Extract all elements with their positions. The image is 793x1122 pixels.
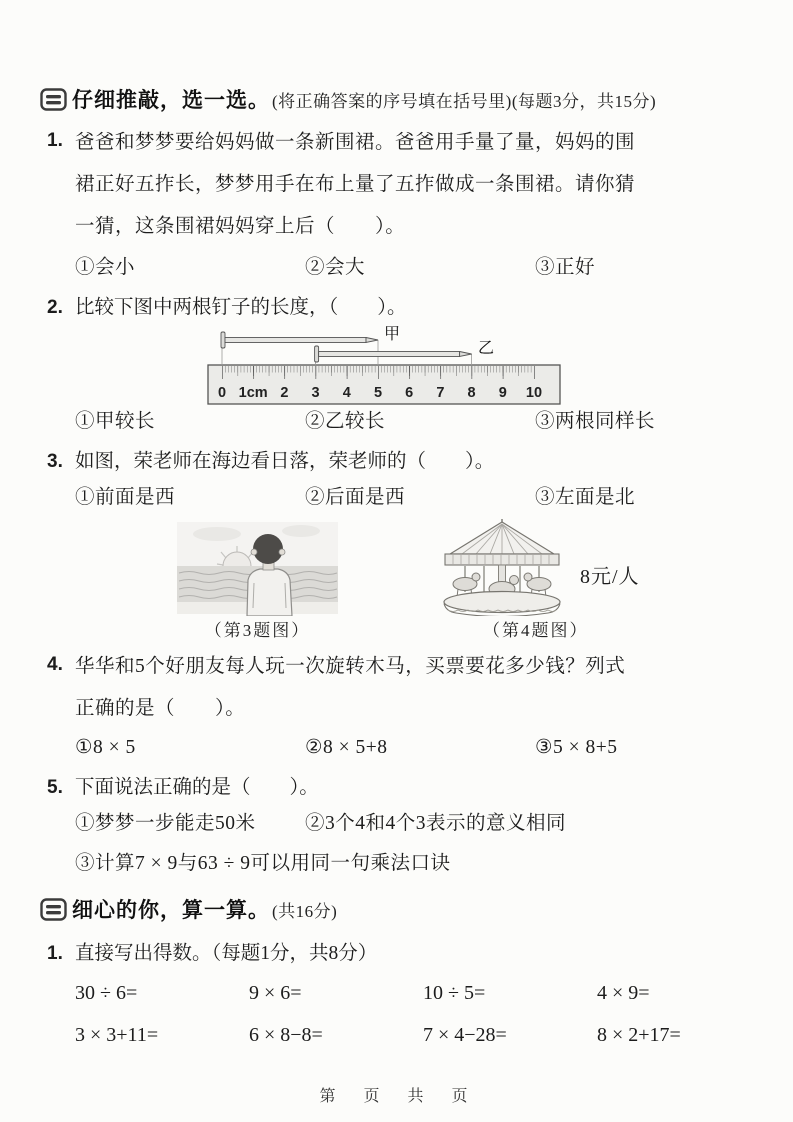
beach-sunset-illustration	[175, 518, 340, 616]
section1-note: (将正确答案的序号填在括号里)(每题3分，共15分)	[272, 87, 656, 112]
question-5-option-3: ③计算7 × 9与63 ÷ 9可以用同一句乘法口诀	[75, 848, 450, 880]
question-5: 5. 下面说法正确的是（ ）。	[40, 772, 755, 804]
question-4: 4. 华华和5个好朋友每人玩一次旋转木马，买票要花多少钱？列式 正确的是（ ）。	[40, 646, 755, 730]
question-4-options: ①8 × 5 ②8 × 5+8 ③5 × 8+5	[40, 732, 755, 764]
calc-row-2: 3 × 3+11= 6 × 8−8= 7 × 4−28= 8 × 2+17=	[40, 1018, 755, 1052]
question-1-number: 1.	[47, 130, 63, 152]
measure-guide-lines	[222, 332, 472, 365]
question-4-line1: 华华和5个好朋友每人玩一次旋转木马，买票要花多少钱？列式	[75, 646, 755, 688]
question-2-option-3: ③两根同样长	[535, 406, 655, 438]
carousel-figure-caption: （第4题图）	[483, 616, 589, 641]
calc-item-1-number: 1.	[47, 938, 63, 970]
question-3-option-1: ①前面是西	[75, 482, 305, 514]
carousel-illustration	[432, 518, 572, 616]
ruler-tick-label: 2	[280, 385, 288, 401]
worksheet-page: 仔细推敲，选一选。 (将正确答案的序号填在括号里)(每题3分，共15分) 1. …	[0, 0, 793, 1122]
question-1-line2: 裙正好五拃长，梦梦用手在布上量了五拃做成一条围裙。请你猜	[75, 164, 755, 206]
ruler-tick-label: 6	[405, 385, 413, 401]
calc-row-1: 30 ÷ 6= 9 × 6= 10 ÷ 5= 4 × 9=	[40, 976, 755, 1010]
carousel-figure: 8元/人 （第4题图）	[432, 518, 640, 641]
question-2: 2. 比较下图中两根钉子的长度，（ ）。	[40, 292, 755, 324]
carousel-price-label: 8元/人	[580, 560, 640, 589]
section2-title: 细心的你，算一算。	[72, 894, 270, 924]
carousel-roof	[450, 522, 554, 554]
question-figures-row: （第3题图）	[175, 518, 755, 642]
calc-expression: 6 × 8−8=	[249, 1018, 423, 1052]
ruler-tick-label: 8	[468, 385, 476, 401]
calc-expression: 3 × 3+11=	[75, 1018, 249, 1052]
question-2-number: 2.	[47, 292, 63, 324]
question-5-number: 5.	[47, 772, 63, 804]
section-marker-icon	[40, 88, 67, 111]
ruler-nails-figure: 甲 乙 0 1cm 2 3 4 5 6 7 8 9 10	[202, 326, 755, 406]
calc-item-1-text: 直接写出得数。（每题1分，共8分）	[75, 943, 377, 964]
question-4-option-1: ①8 × 5	[75, 732, 305, 764]
question-2-options: ①甲较长 ②乙较长 ③两根同样长	[40, 406, 755, 438]
calc-expression: 8 × 2+17=	[597, 1018, 681, 1052]
question-1-options: ①会小 ②会大 ③正好	[40, 252, 755, 284]
question-3: 3. 如图，荣老师在海边看日落，荣老师的（ ）。	[40, 446, 755, 478]
calc-expression: 4 × 9=	[597, 976, 650, 1010]
question-2-text: 比较下图中两根钉子的长度，（ ）。	[75, 297, 407, 318]
question-3-text: 如图，荣老师在海边看日落，荣老师的（ ）。	[75, 451, 494, 472]
nail-jia	[221, 332, 378, 348]
ruler-tick-label: 7	[436, 385, 444, 401]
ruler-tick-label: 10	[526, 385, 542, 401]
question-4-number: 4.	[47, 654, 63, 676]
nail-yi	[315, 346, 472, 362]
ruler-tick-label: 5	[374, 385, 382, 401]
calc-expression: 30 ÷ 6=	[75, 976, 249, 1010]
ruler-figure-svg: 甲 乙 0 1cm 2 3 4 5 6 7 8 9 10	[202, 326, 567, 406]
question-5-text: 下面说法正确的是（ ）。	[75, 777, 319, 798]
carousel-canopy-band	[445, 554, 559, 565]
question-1-line3: 一猜，这条围裙妈妈穿上后（ ）。	[75, 206, 755, 248]
question-1-line1: 爸爸和梦梦要给妈妈做一条新围裙。爸爸用手量了量，妈妈的围	[75, 122, 755, 164]
question-4-option-3: ③5 × 8+5	[535, 732, 617, 764]
question-3-option-2: ②后面是西	[305, 482, 535, 514]
carousel-base	[444, 592, 560, 617]
nail-yi-label: 乙	[478, 340, 494, 357]
question-1-option-1: ①会小	[75, 252, 305, 284]
calc-item-1: 1. 直接写出得数。（每题1分，共8分）	[40, 938, 755, 970]
section-marker-icon	[40, 898, 67, 921]
question-3-options: ①前面是西 ②后面是西 ③左面是北	[40, 482, 755, 514]
calc-expression: 7 × 4−28=	[423, 1018, 597, 1052]
question-5-option-1: ①梦梦一步能走50米	[75, 808, 305, 840]
section1-title: 仔细推敲，选一选。	[72, 84, 270, 114]
question-1-option-2: ②会大	[305, 252, 535, 284]
page-footer: 第 页 共 页	[0, 1083, 793, 1106]
question-4-line2: 正确的是（ ）。	[75, 688, 755, 730]
question-2-option-1: ①甲较长	[75, 406, 305, 438]
section1-header: 仔细推敲，选一选。 (将正确答案的序号填在括号里)(每题3分，共15分)	[40, 84, 755, 114]
ruler-tick-label: 4	[343, 385, 351, 401]
question-2-option-2: ②乙较长	[305, 406, 535, 438]
cloud-shape	[282, 525, 320, 537]
ruler-tick-label: 3	[312, 385, 320, 401]
question-3-number: 3.	[47, 446, 63, 478]
section2-note: (共16分)	[272, 897, 337, 922]
calc-expression: 10 ÷ 5=	[423, 976, 597, 1010]
cloud-shape	[193, 527, 241, 541]
question-3-option-3: ③左面是北	[535, 482, 635, 514]
beach-sunset-figure: （第3题图）	[175, 518, 340, 641]
question-5-option-2: ②3个4和4个3表示的意义相同	[305, 808, 566, 840]
beach-figure-caption: （第3题图）	[205, 616, 311, 641]
question-5-options-row1: ①梦梦一步能走50米 ②3个4和4个3表示的意义相同	[40, 808, 755, 840]
ruler-tick-label: 0	[218, 385, 226, 401]
question-5-options-row2: ③计算7 × 9与63 ÷ 9可以用同一句乘法口诀	[40, 848, 755, 880]
section2-header: 细心的你，算一算。 (共16分)	[40, 894, 755, 924]
question-4-option-2: ②8 × 5+8	[305, 732, 535, 764]
ruler-tick-label: 9	[499, 385, 507, 401]
question-1-option-3: ③正好	[535, 252, 595, 284]
calc-expression: 9 × 6=	[249, 976, 423, 1010]
question-1: 1. 爸爸和梦梦要给妈妈做一条新围裙。爸爸用手量了量，妈妈的围 裙正好五拃长，梦…	[40, 122, 755, 248]
nail-jia-label: 甲	[384, 326, 400, 343]
ruler-tick-label: 1cm	[239, 385, 268, 401]
